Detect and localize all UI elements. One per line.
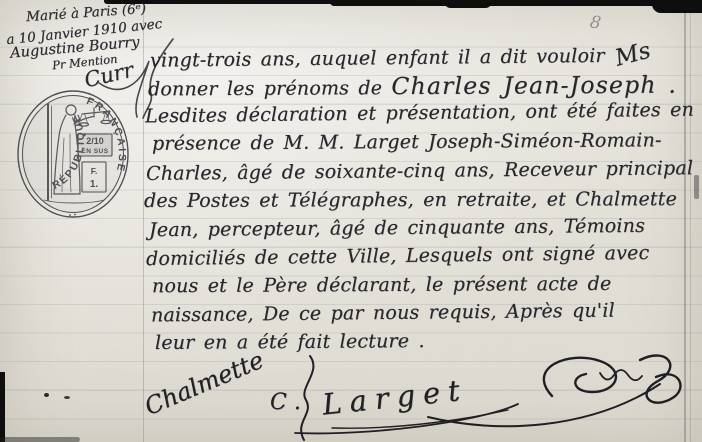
penciled-page-number: 8: [589, 12, 603, 33]
larget-underline-flourish: [295, 404, 518, 433]
act-line-3: Lesdites déclaration et présentation, on…: [145, 99, 694, 128]
stamp-surtax-top: 2/10: [86, 136, 104, 146]
act-line-9: nous et le Père déclarant, le présent ac…: [152, 273, 611, 297]
scan-edge-top-thick: [330, 0, 702, 6]
scan-edge-bottom-left: [0, 372, 5, 442]
ink-speck: [44, 393, 49, 397]
scan-edge-blob: [445, 0, 491, 8]
stamp-surtax-bottom: EN SUS: [81, 148, 108, 155]
clerk-paraph: Ms: [612, 37, 653, 71]
act-line-8: domiciliés de cette Ville, Lesquels ont …: [146, 242, 650, 270]
act-line-4: présence de M. M. Larget Joseph-Siméon-R…: [152, 129, 662, 155]
act-line-5: Charles, âgé de soixante-cinq ans, Recev…: [146, 157, 693, 185]
stamp-value-currency: F.: [91, 166, 98, 176]
act-line-6: des Postes et Télégraphes, en retraite, …: [144, 188, 677, 212]
civil-registry-scan: 8 Marié à Paris (6ᵉ) a 10 Janvier 1910 a…: [0, 0, 702, 442]
larget-paraph-brace: [301, 356, 313, 440]
republique-francaise-revenue-stamp: RÉPUBLIQUE FRANÇAISE 2/10 EN SUS: [14, 88, 132, 222]
stamp-surtax-tablet: 2/10 EN SUS: [78, 134, 112, 156]
act-line-10: naissance, De ce par nous requis, Après …: [151, 300, 615, 327]
child-given-names: Charles Jean-Joseph .: [391, 71, 677, 100]
mayor-signature-flourish: [428, 356, 680, 427]
act-line-7: Jean, percepteur, âgé de cinquante ans, …: [149, 215, 645, 241]
act-line-2: donner les prénoms de Charles Jean-Josep…: [148, 71, 677, 102]
edge-mark: [694, 175, 699, 199]
stamp-value-amount: 1.: [90, 179, 99, 190]
ink-speck: [64, 396, 70, 399]
act-line-1-text: vingt-trois ans, auquel enfant il a dit …: [150, 45, 605, 72]
act-line-1: vingt-trois ans, auquel enfant il a dit …: [150, 41, 651, 72]
signature-flourishes: [120, 340, 702, 442]
act-line-2-prefix: donner les prénoms de: [148, 77, 382, 100]
scan-smear-bottom: [0, 437, 80, 442]
scan-corner-top-right: [652, 0, 702, 13]
